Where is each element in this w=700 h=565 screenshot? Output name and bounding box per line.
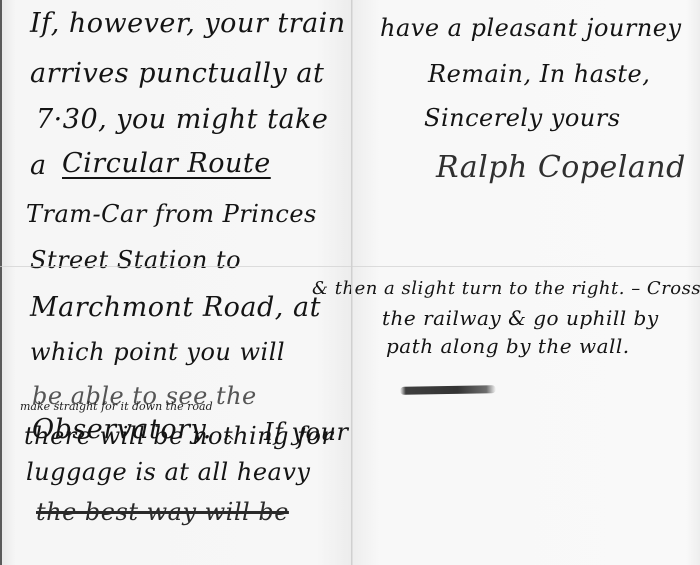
insertion-continuation: & then a slight turn to the right. – Cro…	[312, 278, 700, 299]
insertion-continuation: the railway & go uphill by	[382, 306, 659, 330]
underlined-heading: Circular Route	[62, 148, 271, 179]
letter-line: Tram-Car from Princes	[26, 200, 317, 228]
right-page: have a pleasant journey Remain, In haste…	[352, 0, 700, 565]
closing-line: Remain, In haste,	[428, 60, 650, 88]
letter-line: luggage is at all heavy	[26, 458, 310, 486]
letter-line: a	[30, 150, 47, 181]
letter-line: If, however, your train	[30, 8, 346, 39]
signature: Ralph Copeland	[436, 150, 686, 185]
letter-sheet: If, however, your train arrives punctual…	[0, 0, 700, 565]
letter-line: Street Station to	[30, 246, 241, 274]
letter-line: have a pleasant journey	[380, 14, 682, 42]
insertion-continuation: path along by the wall.	[386, 334, 630, 358]
struck-out-line: the best way will be	[36, 498, 289, 526]
letter-line: there will be nothing for	[24, 422, 333, 450]
letter-line: 7·30, you might take	[36, 104, 328, 135]
center-fold	[351, 0, 353, 565]
inserted-line: make straight for it down the road	[20, 400, 213, 413]
letter-line: arrives punctually at	[30, 58, 324, 89]
valediction: Sincerely yours	[424, 104, 621, 132]
scribbled-out-mark	[400, 385, 496, 395]
letter-line: Marchmont Road, at	[30, 292, 321, 323]
horizontal-fold	[0, 266, 700, 267]
letter-line: which point you will	[30, 338, 285, 366]
left-page: If, however, your train arrives punctual…	[0, 0, 352, 565]
